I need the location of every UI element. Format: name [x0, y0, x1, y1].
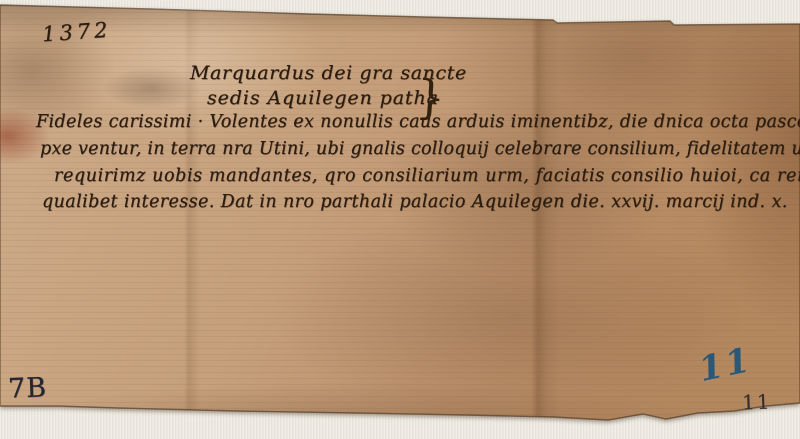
body-line: Fideles carissimi · Volentes ex nonullis… — [36, 112, 800, 132]
year-annotation: 1372 — [41, 18, 112, 47]
shelfmark-annotation: 7B — [7, 372, 47, 404]
folio-number-black: 11 — [742, 389, 772, 414]
manuscript-photo: 1372 Marquardus dei gra sancte sedis Aqu… — [0, 0, 800, 439]
body-line: qualibet interesse. Dat in nro parthali … — [42, 192, 788, 212]
body-line: pxe ventur, in terra nra Utini, ubi gnal… — [40, 139, 800, 159]
heading-line-2: sedis Aquilegen patha — [207, 87, 439, 109]
body-line: requirimz uobis mandantes, qro consiliar… — [54, 166, 800, 186]
